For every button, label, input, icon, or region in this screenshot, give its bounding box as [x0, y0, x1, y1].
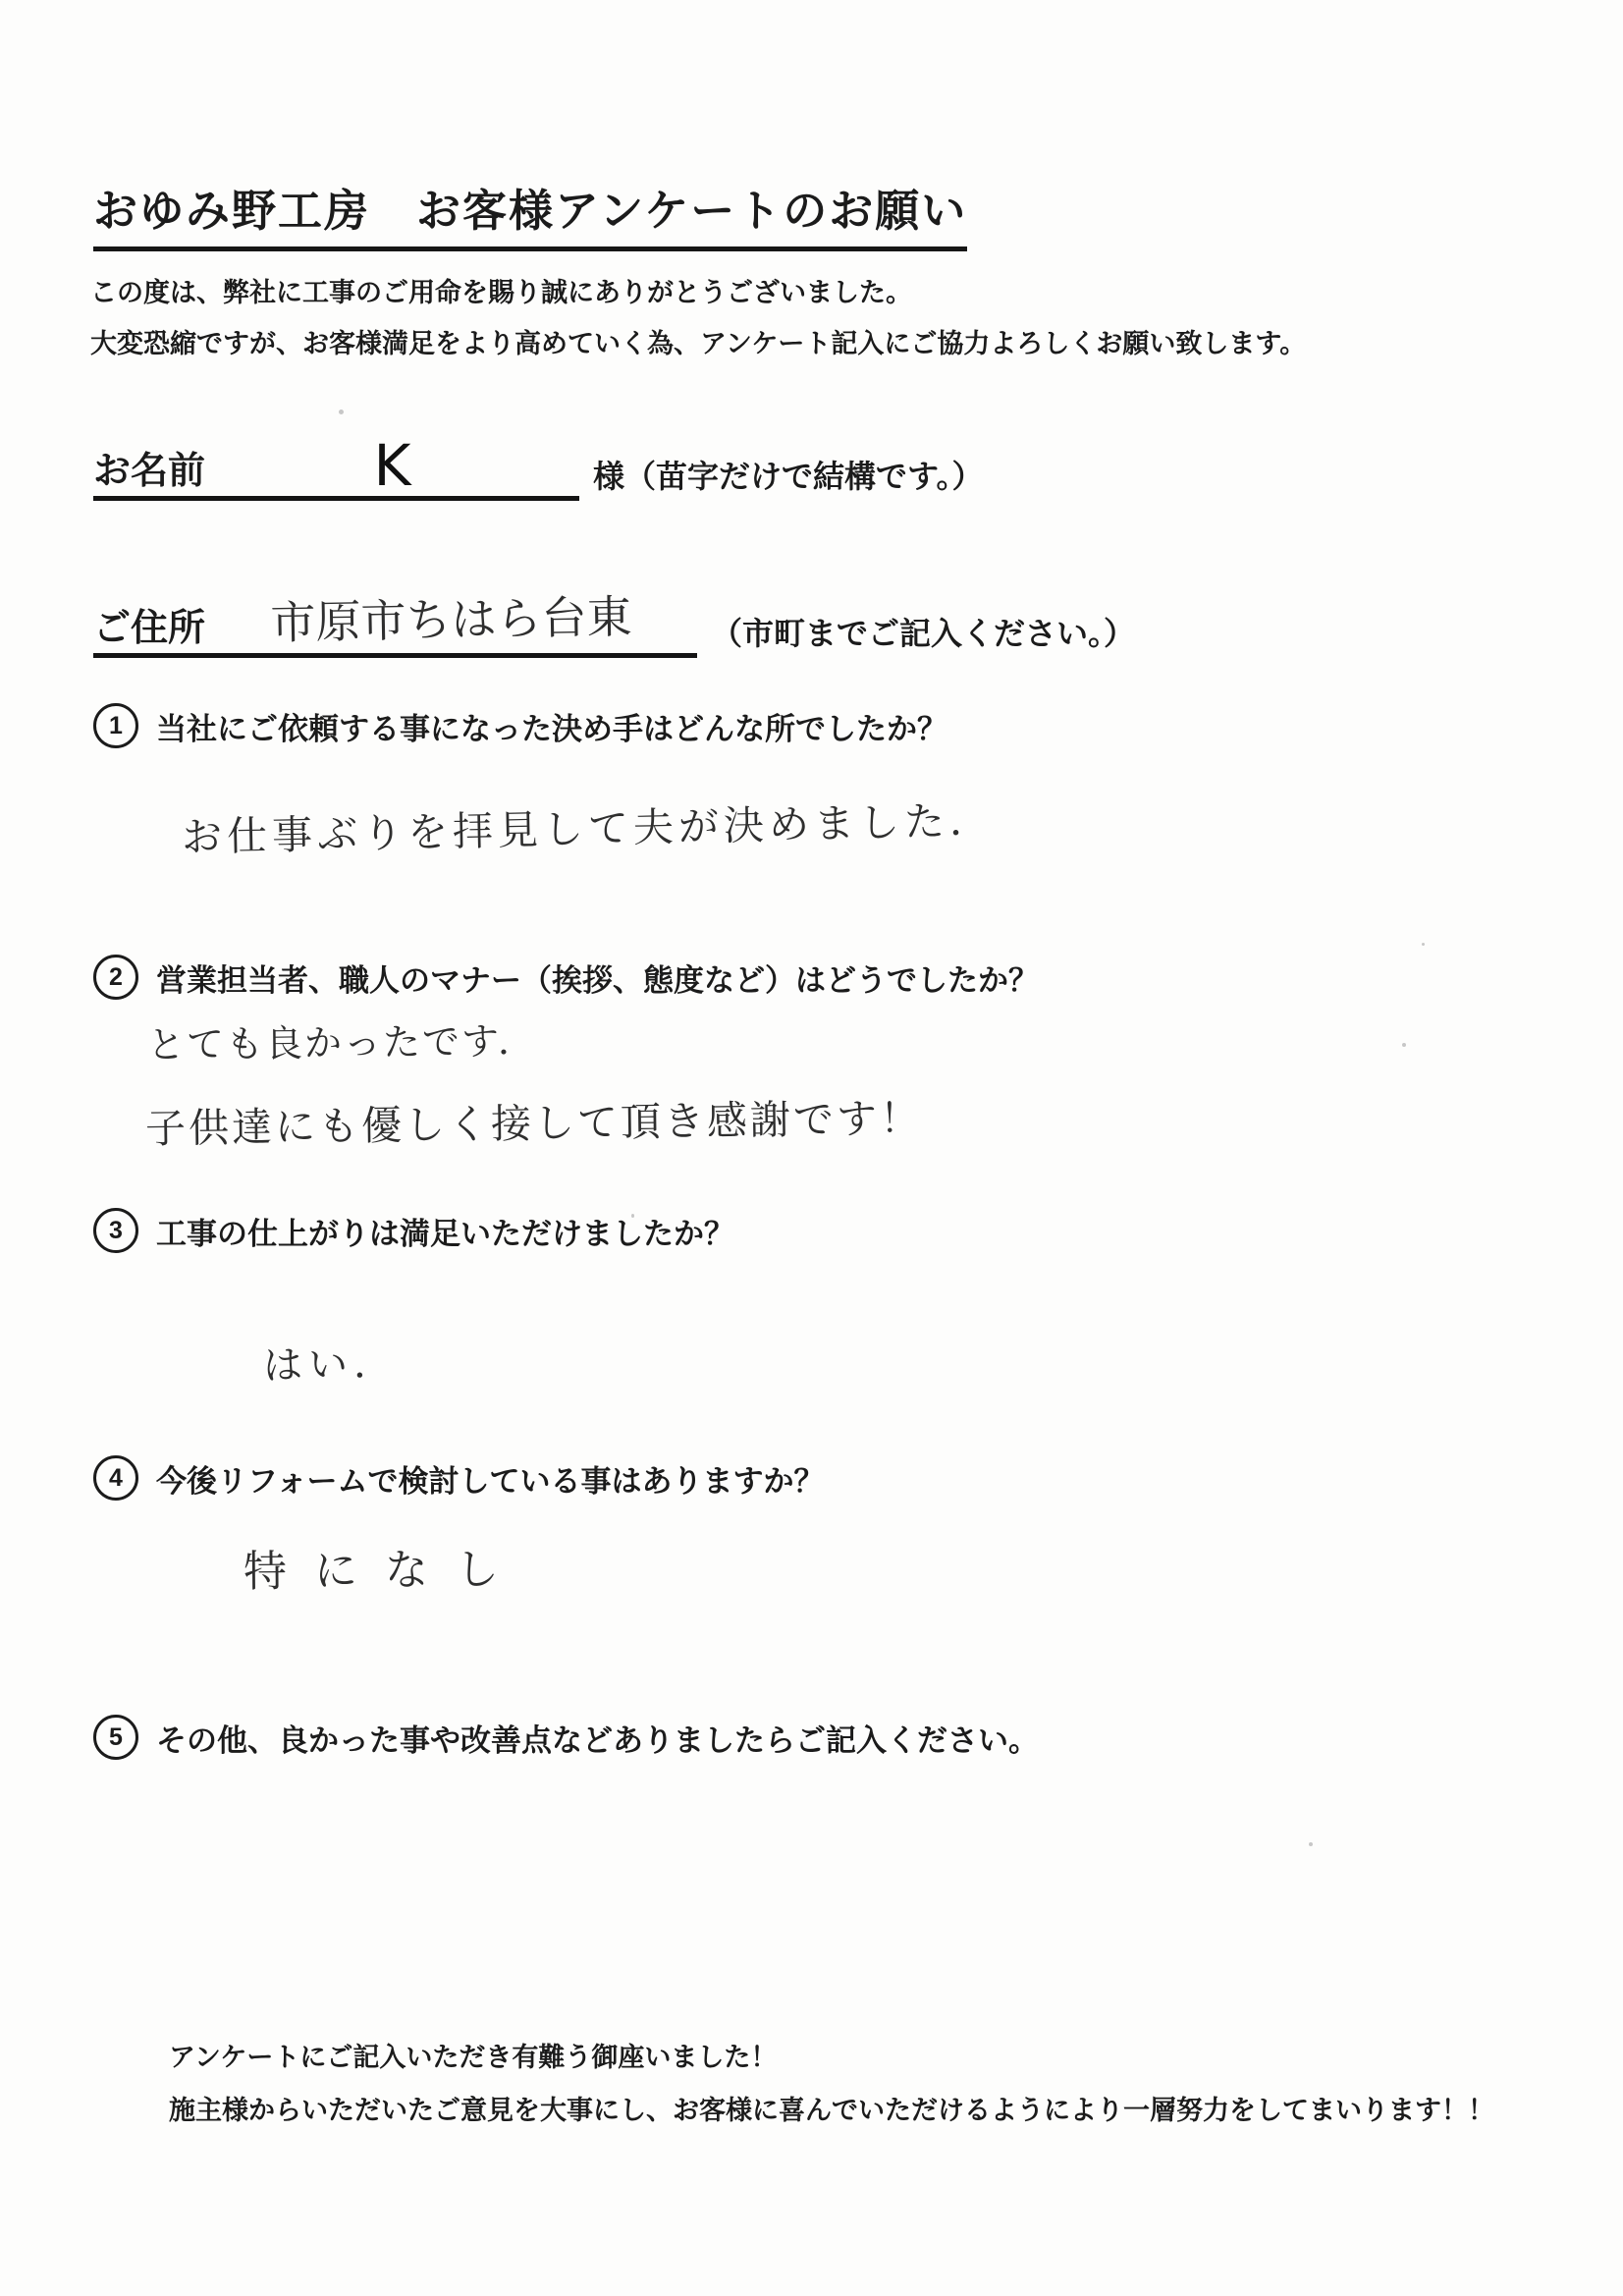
question-4-circled-number: 4 — [93, 1455, 138, 1501]
scan-speck — [1309, 1842, 1313, 1846]
scan-speck — [1422, 943, 1425, 946]
intro-paragraph: この度は、弊社に工事のご用命を賜り誠にありがとうございました。 大変恐縮ですが、… — [90, 267, 1306, 369]
question-3: 3 工事の仕上がりは満足いただけましたか？ — [93, 1208, 734, 1253]
name-blank-line: お名前 K — [93, 422, 579, 501]
answer-2-line-1-handwritten: とても良かったです． — [147, 1019, 537, 1068]
footer-line-2: 施主様からいただいたご意見を大事にし、お客様に喜んでいただけるようにより一層努力… — [169, 2084, 1494, 2137]
address-blank-line: ご住所 市原市ちはら台東 — [93, 555, 697, 658]
question-1-text: 当社にご依頼する事になった決め手はどんな所でしたか？ — [156, 704, 947, 748]
name-field-label: お名前 — [93, 440, 205, 496]
question-2-text: 営業担当者、職人のマナー（挨拶、態度など）はどうでしたか？ — [156, 956, 1039, 1000]
question-3-circled-number: 3 — [93, 1208, 138, 1253]
name-field-note: 様（苗字だけで結構です。） — [593, 452, 983, 501]
question-5: 5 その他、良かった事や改善点などありましたらご記入ください。 — [93, 1715, 1039, 1760]
answer-4-handwritten: 特になし — [243, 1545, 526, 1599]
page-title: おゆみ野工房 お客様アンケートのお願い — [93, 175, 967, 251]
answer-1-handwritten: お仕事ぶりを拝見して夫が決めました． — [182, 796, 996, 862]
intro-line-2: 大変恐縮ですが、お客様満足をより高めていく為、アンケート記入にご協力よろしくお願… — [90, 318, 1306, 369]
survey-scan-page: おゆみ野工房 お客様アンケートのお願い この度は、弊社に工事のご用命を賜り誠にあ… — [0, 0, 1623, 2296]
intro-line-1: この度は、弊社に工事のご用命を賜り誠にありがとうございました。 — [90, 267, 1306, 318]
answer-3-handwritten: はい． — [263, 1340, 400, 1390]
scan-speck — [1402, 1043, 1406, 1047]
name-handwritten-value: K — [205, 437, 579, 496]
question-2: 2 営業担当者、職人のマナー（挨拶、態度など）はどうでしたか？ — [93, 955, 1039, 1000]
address-field-row: ご住所 市原市ちはら台東 （市町までご記入ください。） — [93, 555, 1135, 658]
scan-speck — [631, 1214, 634, 1218]
footer-line-1: アンケートにご記入いただき有難う御座いました！ — [169, 2031, 1494, 2084]
question-2-circled-number: 2 — [93, 955, 138, 1000]
question-1: 1 当社にご依頼する事になった決め手はどんな所でしたか？ — [93, 703, 947, 748]
address-field-label: ご住所 — [93, 597, 205, 653]
footer-thank-you: アンケートにご記入いただき有難う御座いました！ 施主様からいただいたご意見を大事… — [169, 2031, 1494, 2137]
scan-speck — [339, 410, 344, 414]
question-3-text: 工事の仕上がりは満足いただけましたか？ — [156, 1209, 734, 1253]
address-field-note: （市町までご記入ください。） — [711, 609, 1135, 658]
question-5-circled-number: 5 — [93, 1715, 138, 1760]
name-field-row: お名前 K 様（苗字だけで結構です。） — [93, 422, 983, 501]
answer-2-line-2-handwritten: 子供達にも優しく接して頂き感謝です！ — [145, 1094, 924, 1153]
question-5-text: その他、良かった事や改善点などありましたらご記入ください。 — [156, 1716, 1039, 1760]
question-4: 4 今後リフォームで検討している事はありますか？ — [93, 1455, 824, 1501]
question-4-text: 今後リフォームで検討している事はありますか？ — [156, 1456, 824, 1501]
address-handwritten-value: 市原市ちはら台東 — [204, 580, 697, 658]
question-1-circled-number: 1 — [93, 703, 138, 748]
